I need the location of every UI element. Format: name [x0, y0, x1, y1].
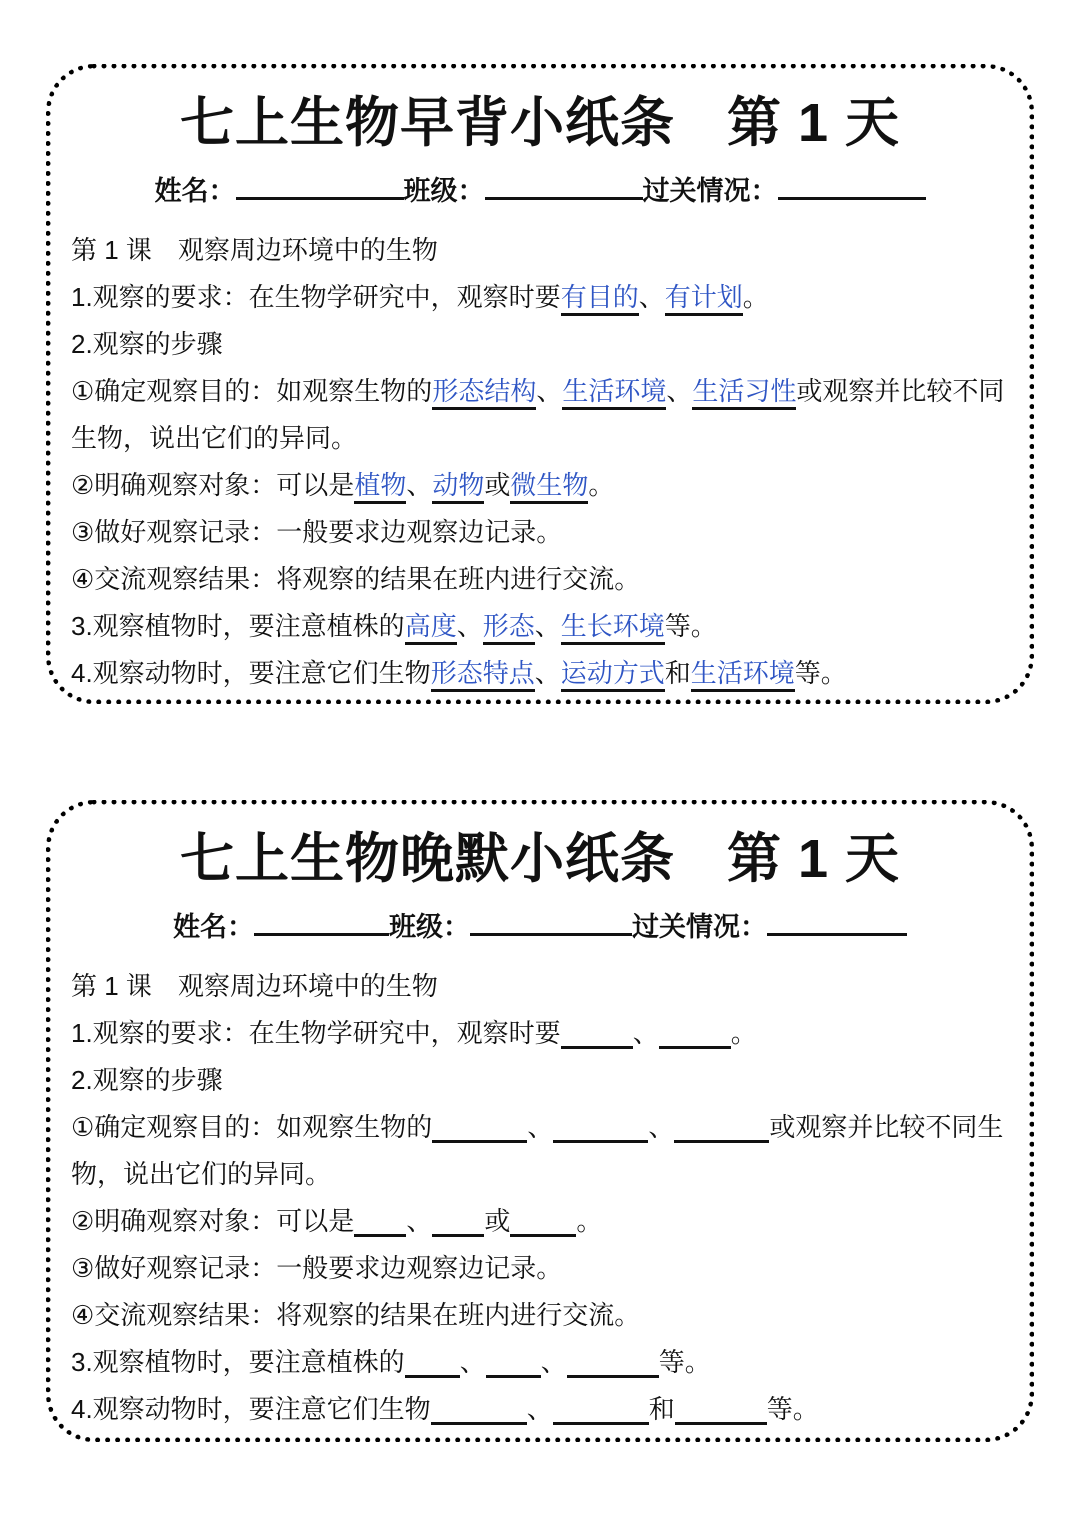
- text-run: 。: [743, 282, 769, 312]
- text-run: 等。: [767, 1394, 819, 1424]
- key-term: 植物: [354, 470, 406, 504]
- answer-blank: [431, 1399, 527, 1425]
- key-term: 形态: [483, 611, 535, 645]
- text-run: 、: [460, 1347, 486, 1377]
- text-run: 等。: [795, 658, 847, 688]
- text-run: 2.观察的步骤: [71, 1065, 223, 1095]
- text-run: 。: [576, 1206, 602, 1236]
- text-run: ③做好观察记录：一般要求边观察边记录。: [71, 1253, 562, 1283]
- text-run: 3.观察植物时，要注意植株的: [71, 1347, 405, 1377]
- worksheet-panel-evening: 七上生物晚默小纸条第 1 天 姓名： 班级： 过关情况： 第 1 课 观察周边环…: [46, 800, 1034, 1442]
- class-label: 班级：: [389, 910, 470, 944]
- text-line: ②明确观察对象：可以是、或。: [71, 1198, 1009, 1245]
- text-run: 、: [406, 470, 432, 500]
- worksheet-page: { "colors": { "term_blue": "#2e55c4", "i…: [0, 0, 1080, 1530]
- text-run: 4.观察动物时，要注意它们生物: [71, 658, 431, 688]
- text-run: 等。: [665, 611, 717, 641]
- key-term: 形态特点: [431, 658, 535, 692]
- key-term: 形态结构: [432, 376, 536, 410]
- pass-status-blank: [767, 909, 907, 936]
- text-line: 4.观察动物时，要注意它们生物、和等。: [71, 1386, 1009, 1433]
- key-term: 生长环境: [561, 611, 665, 645]
- text-run: 、: [527, 1112, 553, 1142]
- text-run: 、: [406, 1206, 432, 1236]
- answer-blank: [567, 1352, 659, 1378]
- panel-title-day: 第 1 天: [727, 829, 900, 889]
- text-run: 3.观察植物时，要注意植株的: [71, 611, 405, 641]
- class-blank: [485, 173, 643, 200]
- panel-title-day: 第 1 天: [727, 93, 900, 153]
- text-run: 、: [666, 376, 692, 406]
- text-run: 、: [648, 1112, 674, 1142]
- text-run: 。: [731, 1018, 757, 1048]
- text-line: 2.观察的步骤: [71, 321, 1009, 368]
- text-line: ④交流观察结果：将观察的结果在班内进行交流。: [71, 1292, 1009, 1339]
- text-run: 、: [633, 1018, 659, 1048]
- answer-blank: [432, 1117, 527, 1143]
- text-run: 、: [535, 611, 561, 641]
- text-run: 1.观察的要求：在生物学研究中，观察时要: [71, 1018, 561, 1048]
- text-run: 、: [535, 658, 561, 688]
- answer-blank: [553, 1399, 649, 1425]
- text-run: ①确定观察目的：如观察生物的: [71, 1112, 432, 1142]
- key-term: 生活环境: [562, 376, 666, 410]
- text-line: ③做好观察记录：一般要求边观察边记录。: [71, 1245, 1009, 1292]
- student-info-row: 姓名： 班级： 过关情况：: [71, 173, 1009, 208]
- text-run: 、: [639, 282, 665, 312]
- text-run: 。: [588, 470, 614, 500]
- worksheet-panel-morning: 七上生物早背小纸条第 1 天 姓名： 班级： 过关情况： 第 1 课 观察周边环…: [46, 64, 1034, 704]
- key-term: 运动方式: [561, 658, 665, 692]
- pass-status-label: 过关情况：: [632, 910, 767, 944]
- key-term: 生活习性: [692, 376, 796, 410]
- text-run: 和: [665, 658, 691, 688]
- text-run: ①确定观察目的：如观察生物的: [71, 376, 432, 406]
- key-term: 有计划: [665, 282, 743, 316]
- text-line: 4.观察动物时，要注意它们生物形态特点、运动方式和生活环境等。: [71, 650, 1009, 697]
- text-run: ②明确观察对象：可以是: [71, 470, 354, 500]
- key-term: 微生物: [510, 470, 588, 504]
- class-blank: [470, 909, 632, 936]
- answer-blank: [553, 1117, 648, 1143]
- name-label: 姓名：: [173, 910, 254, 944]
- text-line: ③做好观察记录：一般要求边观察边记录。: [71, 509, 1009, 556]
- text-line: 1.观察的要求：在生物学研究中，观察时要、。: [71, 1010, 1009, 1057]
- answer-blank: [354, 1211, 406, 1237]
- text-run: 或: [484, 470, 510, 500]
- name-blank: [236, 173, 404, 200]
- text-run: 、: [457, 611, 483, 641]
- name-blank: [254, 909, 389, 936]
- panel-title: 七上生物晚默小纸条第 1 天: [71, 823, 1009, 895]
- pass-status-blank: [778, 173, 926, 200]
- answer-blank: [405, 1352, 460, 1378]
- text-run: 或: [484, 1206, 510, 1236]
- text-run: 等。: [659, 1347, 711, 1377]
- answer-blank: [659, 1023, 731, 1049]
- panel-title-main: 七上生物早背小纸条: [180, 93, 675, 153]
- text-run: 2.观察的步骤: [71, 329, 223, 359]
- text-line: ④交流观察结果：将观察的结果在班内进行交流。: [71, 556, 1009, 603]
- text-line: 2.观察的步骤: [71, 1057, 1009, 1104]
- answer-blank: [561, 1023, 633, 1049]
- text-run: 、: [536, 376, 562, 406]
- text-run: ③做好观察记录：一般要求边观察边记录。: [71, 517, 562, 547]
- key-term: 有目的: [561, 282, 639, 316]
- text-run: 1.观察的要求：在生物学研究中，观察时要: [71, 282, 561, 312]
- answer-blank: [486, 1352, 541, 1378]
- class-label: 班级：: [404, 174, 485, 208]
- pass-status-label: 过关情况：: [643, 174, 778, 208]
- text-line: ②明确观察对象：可以是植物、动物或微生物。: [71, 462, 1009, 509]
- lesson-body: 1.观察的要求：在生物学研究中，观察时要有目的、有计划。2.观察的步骤①确定观察…: [71, 274, 1009, 697]
- text-line: 3.观察植物时，要注意植株的高度、形态、生长环境等。: [71, 603, 1009, 650]
- text-line: 1.观察的要求：在生物学研究中，观察时要有目的、有计划。: [71, 274, 1009, 321]
- name-label: 姓名：: [155, 174, 236, 208]
- text-run: 、: [527, 1394, 553, 1424]
- text-run: 和: [649, 1394, 675, 1424]
- student-info-row: 姓名： 班级： 过关情况：: [71, 909, 1009, 944]
- text-line: 3.观察植物时，要注意植株的、、等。: [71, 1339, 1009, 1386]
- text-run: ②明确观察对象：可以是: [71, 1206, 354, 1236]
- panel-title-main: 七上生物晚默小纸条: [180, 829, 675, 889]
- lesson-body: 1.观察的要求：在生物学研究中，观察时要、。2.观察的步骤①确定观察目的：如观察…: [71, 1010, 1009, 1433]
- lesson-heading: 第 1 课 观察周边环境中的生物: [71, 966, 1009, 1006]
- answer-blank: [674, 1117, 769, 1143]
- lesson-heading: 第 1 课 观察周边环境中的生物: [71, 230, 1009, 270]
- text-line: ①确定观察目的：如观察生物的形态结构、生活环境、生活习性或观察并比较不同生物，说…: [71, 368, 1009, 462]
- answer-blank: [432, 1211, 484, 1237]
- key-term: 生活环境: [691, 658, 795, 692]
- panel-title: 七上生物早背小纸条第 1 天: [71, 87, 1009, 159]
- text-run: 4.观察动物时，要注意它们生物: [71, 1394, 431, 1424]
- answer-blank: [510, 1211, 576, 1237]
- text-run: ④交流观察结果：将观察的结果在班内进行交流。: [71, 1300, 640, 1330]
- text-run: 、: [541, 1347, 567, 1377]
- key-term: 动物: [432, 470, 484, 504]
- text-run: ④交流观察结果：将观察的结果在班内进行交流。: [71, 564, 640, 594]
- text-line: ①确定观察目的：如观察生物的、、或观察并比较不同生物，说出它们的异同。: [71, 1104, 1009, 1198]
- key-term: 高度: [405, 611, 457, 645]
- answer-blank: [675, 1399, 767, 1425]
